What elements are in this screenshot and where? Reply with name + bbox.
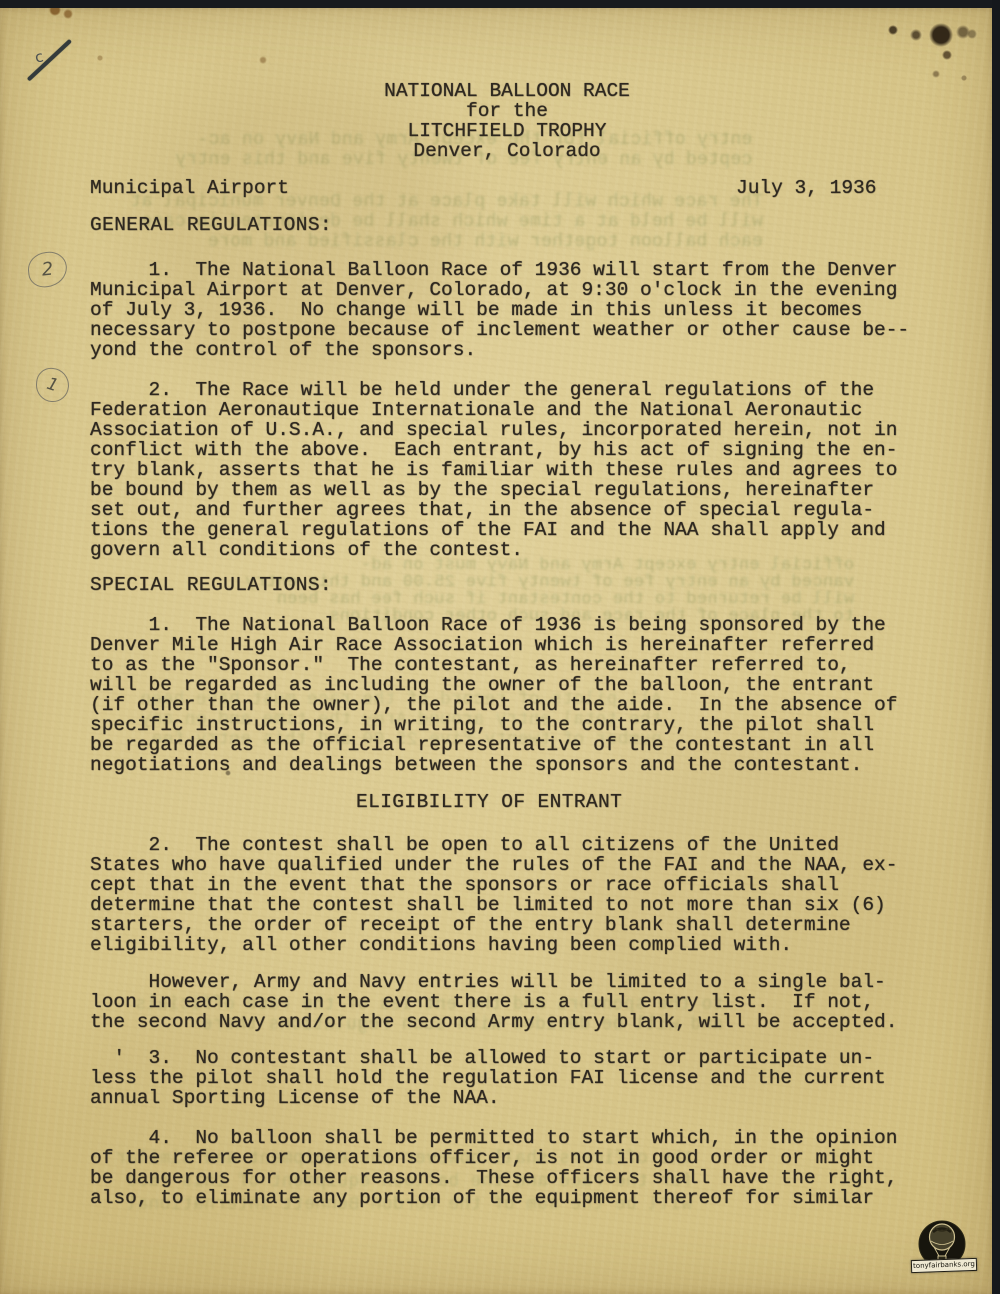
pencil-slash-mark: [27, 39, 72, 81]
paper-page: entry official for the except Army and N…: [0, 8, 992, 1294]
paragraph-general-2: 2. The Race will be held under the gener…: [90, 380, 897, 560]
section-heading-eligibility: ELIGIBILITY OF ENTRANT: [356, 792, 622, 812]
scan-edge-right: [992, 0, 1000, 1294]
byline-date: July 3, 1936: [736, 178, 876, 198]
paragraph-3: ' 3. No contestant shall be allowed to s…: [90, 1048, 886, 1108]
pencil-check-mark: c: [33, 47, 45, 66]
scan-edge-top: [0, 0, 1000, 8]
paragraph-general-1: 1. The National Balloon Race of 1936 wil…: [90, 260, 909, 360]
watermark-label: tonyfairbanks.org: [911, 1258, 977, 1273]
circled-annotation-2: 2: [26, 250, 68, 289]
circled-number-label: 2: [41, 258, 55, 280]
paragraph-eligibility-2: 2. The contest shall be open to all citi…: [90, 835, 897, 955]
document-title: NATIONAL BALLOON RACE for the LITCHFIELD…: [0, 81, 992, 161]
circled-annotation-1: 1: [35, 367, 70, 403]
paragraph-4: 4. No balloon shall be permitted to star…: [90, 1128, 897, 1208]
paragraph-special-1: 1. The National Balloon Race of 1936 is …: [90, 615, 897, 775]
byline-location: Municipal Airport: [90, 178, 289, 198]
paragraph-army-navy: However, Army and Navy entries will be l…: [90, 972, 897, 1032]
circled-number-label: 1: [44, 374, 60, 396]
section-heading-special: SPECIAL REGULATIONS:: [90, 575, 332, 595]
scanned-document: entry official for the except Army and N…: [0, 0, 1000, 1294]
section-heading-general: GENERAL REGULATIONS:: [90, 215, 332, 235]
